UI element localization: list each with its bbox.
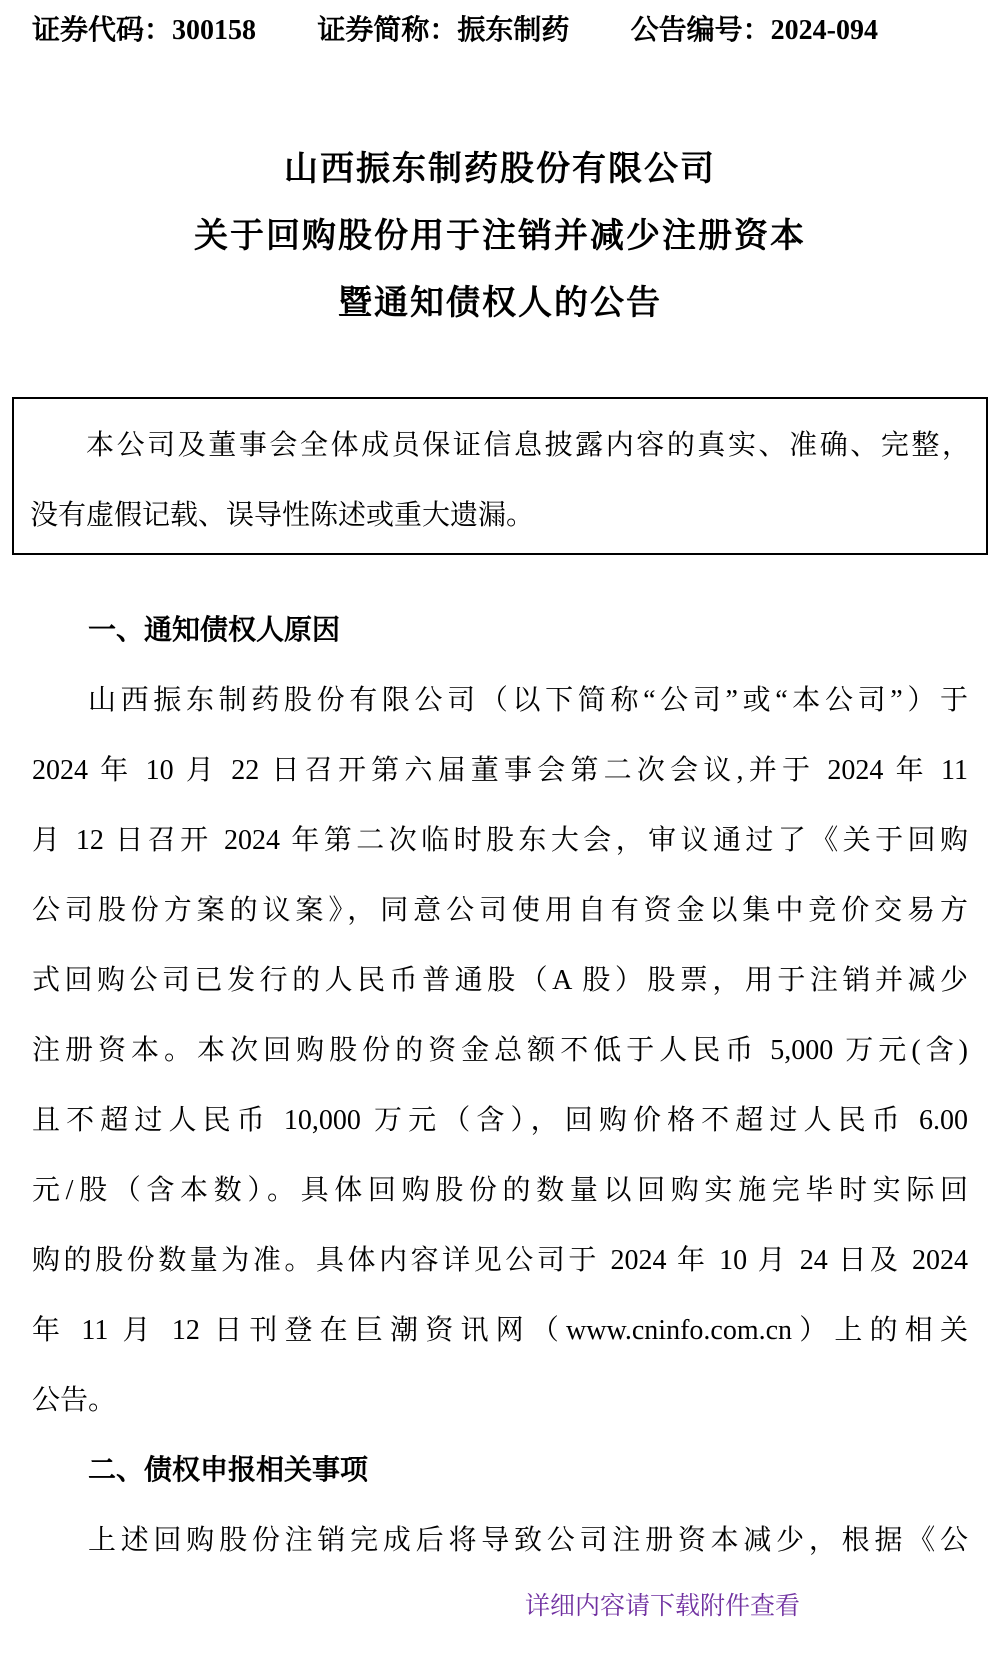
title-line-company: 山西振东制药股份有限公司 <box>32 136 968 203</box>
disclaimer-box: 本公司及董事会全体成员保证信息披露内容的真实、准确、完整， 没有虚假记载、误导性… <box>12 397 988 555</box>
stock-code: 证券代码：300158 <box>32 14 256 48</box>
paragraph-line: 2024 年 10 月 22 日召开第六届董事会第二次会议,并于 2024 年 … <box>32 736 968 806</box>
disclaimer-line: 没有虚假记载、误导性陈述或重大遗漏。 <box>30 481 970 551</box>
paragraph-line: 且不超过人民币 10,000 万元（含），回购价格不超过人民币 6.00 <box>32 1086 968 1156</box>
paragraph-line: 山西振东制药股份有限公司（以下简称“公司”或“本公司”）于 <box>32 666 968 736</box>
paragraph-line: 月 12 日召开 2024 年第二次临时股东大会，审议通过了《关于回购 <box>32 806 968 876</box>
attachment-download-note: 详细内容请下载附件查看 <box>32 1586 968 1626</box>
paragraph-line: 公告。 <box>32 1366 968 1436</box>
title-line-subject: 关于回购股份用于注销并减少注册资本 <box>32 203 968 270</box>
title-line-notice: 暨通知债权人的公告 <box>32 270 968 337</box>
disclaimer-line: 本公司及董事会全体成员保证信息披露内容的真实、准确、完整， <box>30 411 970 481</box>
document-title: 山西振东制药股份有限公司 关于回购股份用于注销并减少注册资本 暨通知债权人的公告 <box>32 136 968 337</box>
section-2-heading: 二、债权申报相关事项 <box>32 1436 968 1506</box>
paragraph-line: 注册资本。本次回购股份的资金总额不低于人民币 5,000 万元(含) <box>32 1016 968 1086</box>
section-1-heading: 一、通知债权人原因 <box>32 596 968 666</box>
announcement-number: 公告编号：2024-094 <box>631 14 878 48</box>
paragraph-line: 上述回购股份注销完成后将导致公司注册资本减少，根据《公 <box>32 1506 968 1576</box>
announcement-page: 证券代码：300158 证券简称：振东制药 公告编号：2024-094 山西振东… <box>0 0 1000 1662</box>
paragraph-line: 式回购公司已发行的人民币普通股（A 股）股票，用于注销并减少 <box>32 946 968 1016</box>
stock-abbr: 证券简称：振东制药 <box>317 14 569 48</box>
section-1-paragraph: 山西振东制药股份有限公司（以下简称“公司”或“本公司”）于 2024 年 10 … <box>32 666 968 1436</box>
paragraph-line: 购的股份数量为准。具体内容详见公司于 2024 年 10 月 24 日及 202… <box>32 1226 968 1296</box>
paragraph-line: 年 11 月 12 日刊登在巨潮资讯网（www.cninfo.com.cn）上的… <box>32 1296 968 1366</box>
paragraph-line: 公司股份方案的议案》，同意公司使用自有资金以集中竞价交易方 <box>32 876 968 946</box>
section-2-paragraph: 上述回购股份注销完成后将导致公司注册资本减少，根据《公 <box>32 1506 968 1576</box>
securities-header-row: 证券代码：300158 证券简称：振东制药 公告编号：2024-094 <box>32 14 968 48</box>
paragraph-line: 元/股（含本数）。具体回购股份的数量以回购实施完毕时实际回 <box>32 1156 968 1226</box>
